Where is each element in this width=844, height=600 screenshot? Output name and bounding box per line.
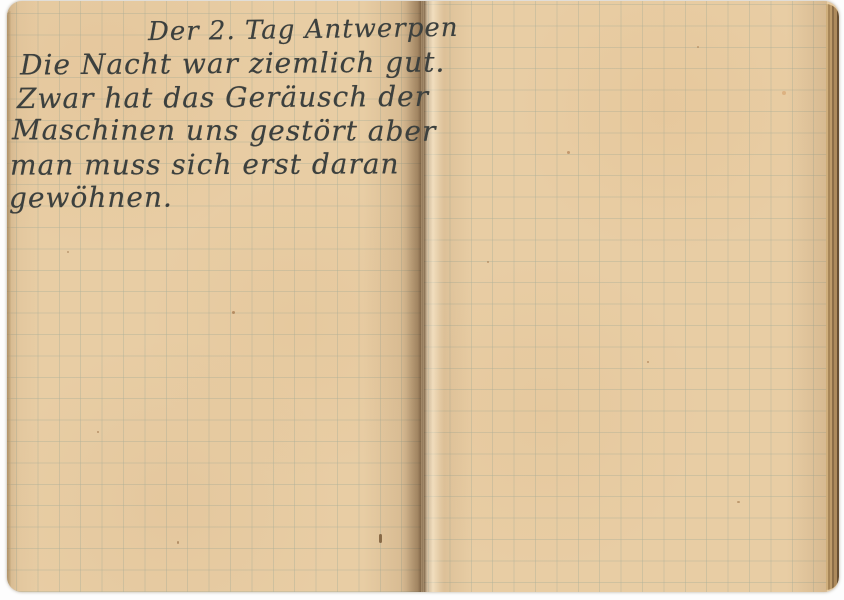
entry-title: Der 2. Tag Antwerpen — [148, 12, 459, 49]
page-stack-edge-right — [826, 4, 839, 590]
handwriting-line: Die Nacht war ziemlich gut. — [20, 46, 446, 82]
scanner-background: Der 2. Tag Antwerpen Die Nacht war zieml… — [0, 0, 844, 600]
notebook-spread: Der 2. Tag Antwerpen Die Nacht war zieml… — [7, 1, 839, 592]
handwriting-line: Maschinen uns gestört aber — [12, 113, 436, 147]
notebook-page-right — [424, 1, 827, 592]
handwriting-line: gewöhnen. — [9, 181, 173, 215]
handwriting-line: Zwar hat das Geräusch der — [17, 80, 429, 115]
handwriting-line: man muss sich erst daran — [10, 147, 400, 181]
